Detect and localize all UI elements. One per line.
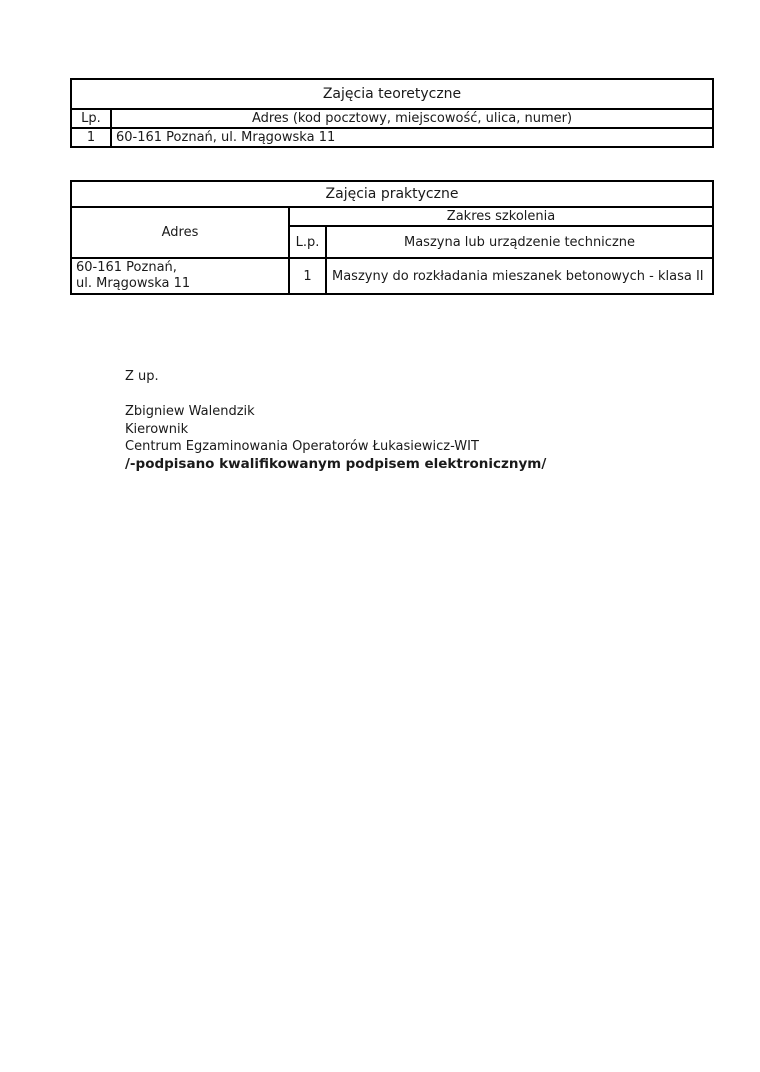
theory-col-address-header: Adres (kod pocztowy, miejscowość, ulica,… [111,109,713,128]
theory-row-address: 60-161 Poznań, ul. Mrągowska 11 [111,128,713,147]
practice-table-scope-row: Adres Zakres szkolenia [71,207,713,226]
table-row: 1 60-161 Poznań, ul. Mrągowska 11 [71,128,713,147]
signature-role: Kierownik [125,421,546,439]
theory-table-title-row: Zajęcia teoretyczne [71,79,713,109]
theory-row-lp: 1 [71,128,111,147]
practice-row-address-line1: 60-161 Poznań, [76,260,284,276]
document-page: { "theory_table": { "title": "Zajęcia te… [0,0,760,1072]
table-row: 60-161 Poznań, ul. Mrągowska 11 1 Maszyn… [71,258,713,294]
practice-col-machine-header: Maszyna lub urządzenie techniczne [326,226,713,258]
signature-electronic-note: /-podpisano kwalifikowanym podpisem elek… [125,456,546,474]
practice-row-machine: Maszyny do rozkładania mieszanek betonow… [326,258,713,294]
theory-table: Zajęcia teoretyczne Lp. Adres (kod poczt… [70,78,714,148]
signature-salutation: Z up. [125,368,546,386]
practice-scope-header: Zakres szkolenia [289,207,713,226]
signature-block: Z up. Zbigniew Walendzik Kierownik Centr… [125,368,546,474]
practice-row-lp: 1 [289,258,326,294]
signature-name: Zbigniew Walendzik [125,403,546,421]
theory-table-title: Zajęcia teoretyczne [71,79,713,109]
practice-table: Zajęcia praktyczne Adres Zakres szkoleni… [70,180,714,295]
practice-col-address-header: Adres [71,207,289,258]
practice-table-title-row: Zajęcia praktyczne [71,181,713,207]
theory-table-header-row: Lp. Adres (kod pocztowy, miejscowość, ul… [71,109,713,128]
signature-organization: Centrum Egzaminowania Operatorów Łukasie… [125,438,546,456]
practice-row-address-line2: ul. Mrągowska 11 [76,276,284,292]
practice-table-title: Zajęcia praktyczne [71,181,713,207]
theory-col-lp-header: Lp. [71,109,111,128]
practice-col-lp-header: L.p. [289,226,326,258]
practice-row-address: 60-161 Poznań, ul. Mrągowska 11 [71,258,289,294]
